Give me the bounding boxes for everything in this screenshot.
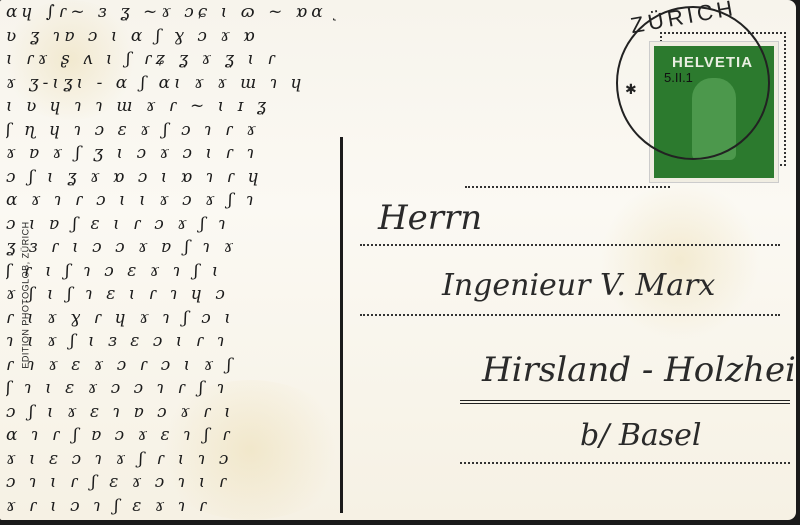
- paper-stain: [600, 180, 760, 340]
- steno-line: ɩ ʋ ɥ ɿ ɿ ɯ ɤ ɾ ~ ɩ ɪ ʓ: [6, 96, 336, 120]
- steno-line: ɔ ʃ ɩ ɤ ɛ ɿ ɐ ɔ ɤ ɾ ɩ: [6, 402, 336, 426]
- steno-line: ɿ ɩ ɤ ʃ ɩ ɜ ɛ ɔ ɩ ɾ ɿ: [6, 331, 336, 355]
- steno-line: ɔ ɩ ɐ ʃ ɛ ɩ ɾ ɔ ɤ ʃ ɿ: [6, 214, 336, 238]
- steno-line: ɤ ɐ ɤ ʃ ʒ ɩ ɔ ɤ ɔ ɩ ɾ ɿ: [6, 143, 336, 167]
- steno-line: ʃ ɿ ɩ ɛ ɤ ɔ ɔ ɿ ɾ ʃ ɿ: [6, 378, 336, 402]
- message-address-divider: [340, 137, 343, 513]
- steno-line: ɔ ʃ ɩ ʓ ɤ ɒ ɔ ɩ ɒ ɿ ɾ ɥ: [6, 167, 336, 191]
- address-name: Ingenieur V. Marx: [442, 268, 715, 303]
- steno-line: ɑ ɤ ɿ ɾ ɔ ɩ ɩ ɤ ɔ ɤ ʃ ɿ: [6, 190, 336, 214]
- steno-line: ɤ ɾ ɩ ɔ ɿ ʃ ɛ ɤ ɿ ɾ: [6, 496, 336, 520]
- address-salutation: Herrn: [378, 198, 482, 238]
- postcard: EDITION PHOTOGLOB, ZÜRICH ɑɥ ∫ɾ~ ɜ ʓ ~ɤ …: [0, 0, 796, 520]
- address-line-3: [360, 314, 780, 316]
- steno-line: ɔ ɿ ɩ ɾ ʃ ɛ ɤ ɔ ɿ ɩ ɾ: [6, 472, 336, 496]
- steno-line: ɑ ɿ ɾ ʃ ɐ ɔ ɤ ɛ ɿ ʃ ɾ: [6, 425, 336, 449]
- address-line-4: [460, 400, 790, 404]
- address-region: b/ Basel: [580, 418, 702, 453]
- address-line-2: [360, 244, 780, 246]
- steno-line: ɤ ʒ-ɩʓɩ - ɑ ʃ ɑɩ ɤ ɤ ɯ ɿ ɥ: [6, 73, 336, 97]
- steno-line: ʃ ɳ ɥ ɿ ɔ ɛ ɤ ʃ ɔ ɿ ɾ ɤ: [6, 120, 336, 144]
- steno-line: ɾ ɿ ɤ ɛ ɤ ɔ ɾ ɔ ɩ ɤ ʃ: [6, 355, 336, 379]
- steno-line: ɤ ʃ ɩ ʃ ɿ ɛ ɩ ɾ ɿ ɥ ɔ: [6, 284, 336, 308]
- steno-line: ʃ ɾ ɩ ʃ ɿ ɔ ɛ ɤ ɿ ʃ ɩ: [6, 261, 336, 285]
- address-line-1: [465, 186, 670, 188]
- address-line-5: [460, 462, 790, 464]
- steno-line: ʋ ʓ ɿɐ ɔ ɩ ɑ ʃ ɣ ɔ ɤ ɒ: [6, 26, 336, 50]
- message-stenography: ɑɥ ∫ɾ~ ɜ ʓ ~ɤ ɔɕ ɩ ɷ ~ ɒɑ ʃ ɑlʋ ʓ ɿɐ ɔ ɩ…: [6, 2, 336, 519]
- postmark-date: 5.II.1: [664, 70, 693, 85]
- steno-line: ʓ ɜ ɾ ɩ ɔ ɔ ɤ ɐ ʃ ɿ ɤ: [6, 237, 336, 261]
- address-place: Hirsland - Holzheim: [482, 350, 796, 390]
- steno-line: ɩ ɾɤ ʂ ʌ ɩ ʃ ɾʑ ʓ ɤ ʓ ɩ ɾ: [6, 49, 336, 73]
- steno-line: ɑɥ ∫ɾ~ ɜ ʓ ~ɤ ɔɕ ɩ ɷ ~ ɒɑ ʃ ɑl: [6, 2, 336, 26]
- steno-line: ɾ ɩ ɤ ɣ ɾ ɥ ɤ ɿ ʃ ɔ ɩ: [6, 308, 336, 332]
- postmark-star-icon: ✱: [625, 82, 637, 98]
- steno-line: ɤ ɩ ɛ ɔ ɿ ɤ ʃ ɾ ɩ ɿ ɔ: [6, 449, 336, 473]
